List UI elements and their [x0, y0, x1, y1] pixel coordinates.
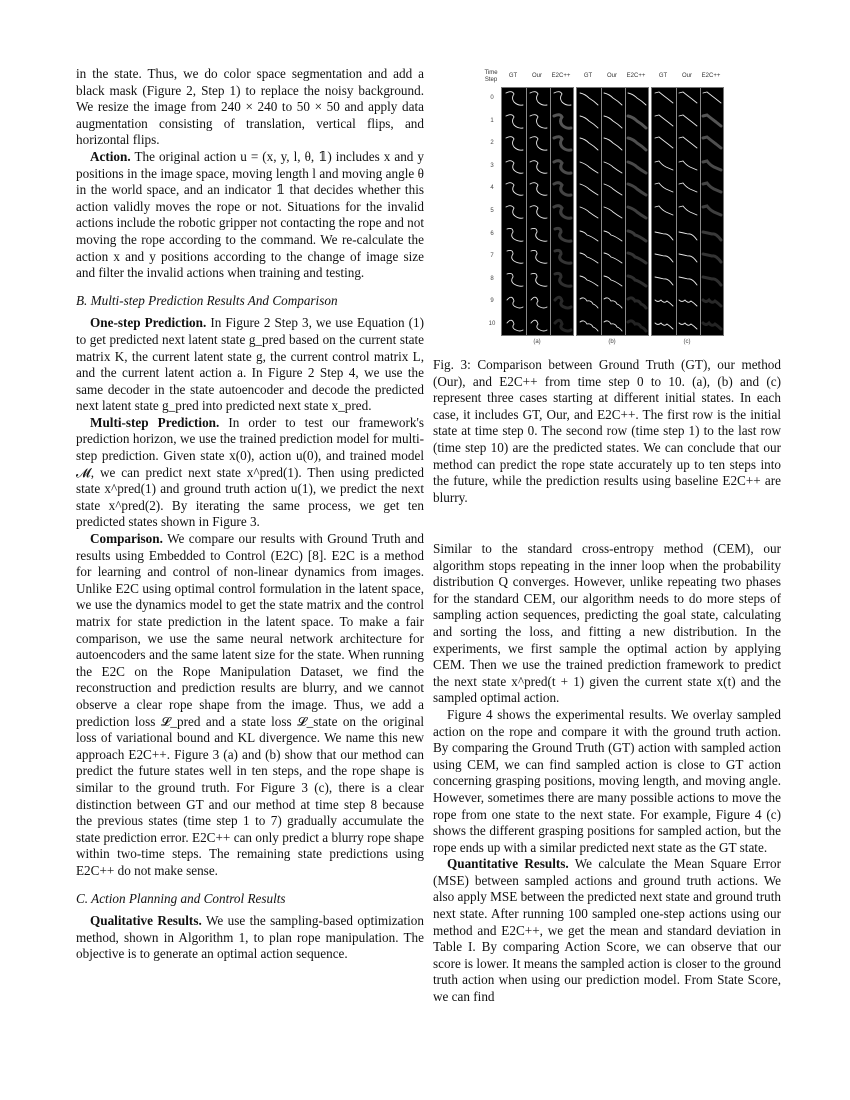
rope-image-cell: [625, 111, 649, 134]
figure-3: Time Step GT Our E2C++ GT Our E2C++ GT O…: [483, 70, 733, 346]
header-gt-a: GT: [501, 73, 525, 79]
rope-image-cell: [601, 111, 625, 134]
paragraph-multistep-body: In order to test our framework's predict…: [76, 415, 424, 530]
paragraph-comparison-body: We compare our results with Ground Truth…: [76, 531, 424, 878]
rope-image-cell: [526, 111, 550, 134]
rope-image-cell: [700, 201, 724, 224]
rope-image-cell: [502, 156, 526, 179]
rope-image-cell: [601, 178, 625, 201]
paragraph-qualitative: Qualitative Results. We use the sampling…: [76, 913, 424, 963]
paragraph-cem: Similar to the standard cross-entropy me…: [433, 541, 781, 707]
rope-image-cell: [526, 246, 550, 269]
rope-image-cell: [676, 156, 700, 179]
rope-image-cell: [577, 246, 601, 269]
rope-image-cell: [577, 178, 601, 201]
rope-image-cell: [550, 314, 574, 337]
rope-image-cell: [526, 178, 550, 201]
rope-image-cell: [700, 111, 724, 134]
rope-image-cell: [526, 224, 550, 247]
paragraph-figure4: Figure 4 shows the experimental results.…: [433, 707, 781, 856]
rope-image-cell: [652, 133, 676, 156]
rope-image-cell: [577, 201, 601, 224]
paragraph-action: Action. The original action u = (x, y, l…: [76, 149, 424, 282]
panel-b: [576, 87, 649, 336]
timestep-label-line1: Time: [483, 70, 499, 77]
rope-image-cell: [625, 314, 649, 337]
header-e2c-c: E2C++: [699, 73, 723, 79]
row-label: 6: [485, 231, 499, 237]
rope-image-cell: [502, 291, 526, 314]
rope-image-cell: [550, 269, 574, 292]
rope-image-cell: [625, 156, 649, 179]
timestep-axis-label: Time Step: [483, 70, 499, 84]
run-in-heading-onestep: One-step Prediction.: [90, 315, 206, 330]
run-in-heading-quantitative: Quantitative Results.: [447, 856, 569, 871]
rope-image-cell: [625, 88, 649, 111]
rope-image-cell: [652, 156, 676, 179]
paragraph-action-body: The original action u = (x, y, l, θ, 𝟙) …: [76, 149, 424, 280]
rope-image-cell: [676, 291, 700, 314]
rope-image-cell: [700, 156, 724, 179]
rope-image-cell: [700, 133, 724, 156]
run-in-heading-multistep: Multi-step Prediction.: [90, 415, 219, 430]
row-label: 1: [485, 118, 499, 124]
figure-3-caption: Fig. 3: Comparison between Ground Truth …: [433, 357, 781, 506]
rope-image-cell: [577, 224, 601, 247]
panel-label-a: (a): [501, 339, 573, 345]
panel-c: [651, 87, 724, 336]
rope-image-cell: [625, 246, 649, 269]
row-label: 5: [485, 208, 499, 214]
rope-image-cell: [550, 201, 574, 224]
rope-image-cell: [625, 291, 649, 314]
left-column: in the state. Thus, we do color space se…: [76, 66, 424, 963]
rope-image-cell: [700, 314, 724, 337]
rope-image-cell: [700, 178, 724, 201]
rope-image-cell: [700, 224, 724, 247]
caption-text: Fig. 3: Comparison between Ground Truth …: [433, 357, 781, 506]
run-in-heading-comparison: Comparison.: [90, 531, 163, 546]
row-label: 3: [485, 163, 499, 169]
rope-image-cell: [625, 178, 649, 201]
rope-image-cell: [652, 246, 676, 269]
rope-image-cell: [502, 111, 526, 134]
rope-image-cell: [625, 224, 649, 247]
right-column: Similar to the standard cross-entropy me…: [433, 541, 781, 1006]
paragraph-comparison: Comparison. We compare our results with …: [76, 531, 424, 879]
panel-label-c: (c): [651, 339, 723, 345]
rope-image-cell: [601, 269, 625, 292]
rope-image-cell: [601, 201, 625, 224]
rope-image-cell: [652, 291, 676, 314]
rope-image-cell: [601, 88, 625, 111]
header-gt-b: GT: [576, 73, 600, 79]
rope-image-cell: [502, 133, 526, 156]
rope-image-cell: [526, 156, 550, 179]
rope-image-cell: [676, 178, 700, 201]
rope-image-cell: [550, 133, 574, 156]
header-e2c-b: E2C++: [624, 73, 648, 79]
paragraph-quantitative: Quantitative Results. We calculate the M…: [433, 856, 781, 1005]
rope-image-cell: [676, 111, 700, 134]
rope-image-cell: [526, 291, 550, 314]
row-label: 7: [485, 253, 499, 259]
rope-image-cell: [577, 291, 601, 314]
rope-image-cell: [652, 88, 676, 111]
rope-image-cell: [676, 88, 700, 111]
rope-image-cell: [652, 111, 676, 134]
rope-image-cell: [502, 88, 526, 111]
row-label: 8: [485, 276, 499, 282]
rope-image-cell: [676, 314, 700, 337]
rope-image-cell: [502, 269, 526, 292]
run-in-heading-action: Action.: [90, 149, 131, 164]
rope-image-cell: [577, 133, 601, 156]
rope-image-cell: [526, 88, 550, 111]
rope-image-cell: [652, 224, 676, 247]
rope-image-cell: [652, 269, 676, 292]
rope-image-cell: [676, 224, 700, 247]
rope-image-cell: [676, 269, 700, 292]
rope-image-cell: [550, 246, 574, 269]
rope-image-cell: [502, 201, 526, 224]
header-our-c: Our: [675, 73, 699, 79]
rope-image-cell: [700, 246, 724, 269]
rope-image-cell: [550, 178, 574, 201]
paragraph-multistep: Multi-step Prediction. In order to test …: [76, 415, 424, 531]
rope-image-cell: [652, 178, 676, 201]
rope-image-cell: [577, 269, 601, 292]
rope-image-cell: [577, 88, 601, 111]
rope-image-cell: [676, 133, 700, 156]
rope-image-cell: [601, 133, 625, 156]
rope-image-cell: [502, 314, 526, 337]
header-gt-c: GT: [651, 73, 675, 79]
rope-image-cell: [577, 314, 601, 337]
header-our-b: Our: [600, 73, 624, 79]
section-heading-c: C. Action Planning and Control Results: [76, 891, 424, 908]
rope-image-cell: [601, 314, 625, 337]
paragraph-quantitative-body: We calculate the Mean Square Error (MSE)…: [433, 856, 781, 1004]
rope-image-cell: [550, 111, 574, 134]
rope-image-cell: [550, 88, 574, 111]
header-our-a: Our: [525, 73, 549, 79]
rope-image-cell: [700, 88, 724, 111]
rope-image-cell: [700, 291, 724, 314]
paragraph-state-preprocessing: in the state. Thus, we do color space se…: [76, 66, 424, 149]
row-label: 0: [485, 95, 499, 101]
run-in-heading-qualitative: Qualitative Results.: [90, 913, 202, 928]
row-label: 10: [485, 321, 499, 327]
rope-image-cell: [526, 133, 550, 156]
rope-image-cell: [502, 178, 526, 201]
row-label: 9: [485, 298, 499, 304]
rope-image-cell: [601, 291, 625, 314]
header-e2c-a: E2C++: [549, 73, 573, 79]
row-label: 4: [485, 185, 499, 191]
rope-image-cell: [652, 314, 676, 337]
rope-image-cell: [625, 133, 649, 156]
rope-image-cell: [652, 201, 676, 224]
rope-image-cell: [601, 156, 625, 179]
rope-image-cell: [601, 224, 625, 247]
rope-image-cell: [550, 224, 574, 247]
rope-image-cell: [700, 269, 724, 292]
panel-label-b: (b): [576, 339, 648, 345]
rope-image-cell: [550, 291, 574, 314]
panel-a: [501, 87, 574, 336]
rope-image-cell: [676, 201, 700, 224]
rope-image-cell: [550, 156, 574, 179]
timestep-label-line2: Step: [483, 77, 499, 84]
rope-image-cell: [625, 269, 649, 292]
rope-image-cell: [502, 224, 526, 247]
rope-image-cell: [502, 246, 526, 269]
paragraph-onestep: One-step Prediction. In Figure 2 Step 3,…: [76, 315, 424, 415]
rope-image-cell: [577, 111, 601, 134]
row-label: 2: [485, 140, 499, 146]
rope-image-cell: [676, 246, 700, 269]
rope-image-cell: [577, 156, 601, 179]
section-heading-b: B. Multi-step Prediction Results And Com…: [76, 293, 424, 310]
rope-image-cell: [526, 314, 550, 337]
rope-image-cell: [526, 201, 550, 224]
rope-image-cell: [526, 269, 550, 292]
rope-image-cell: [601, 246, 625, 269]
rope-image-cell: [625, 201, 649, 224]
